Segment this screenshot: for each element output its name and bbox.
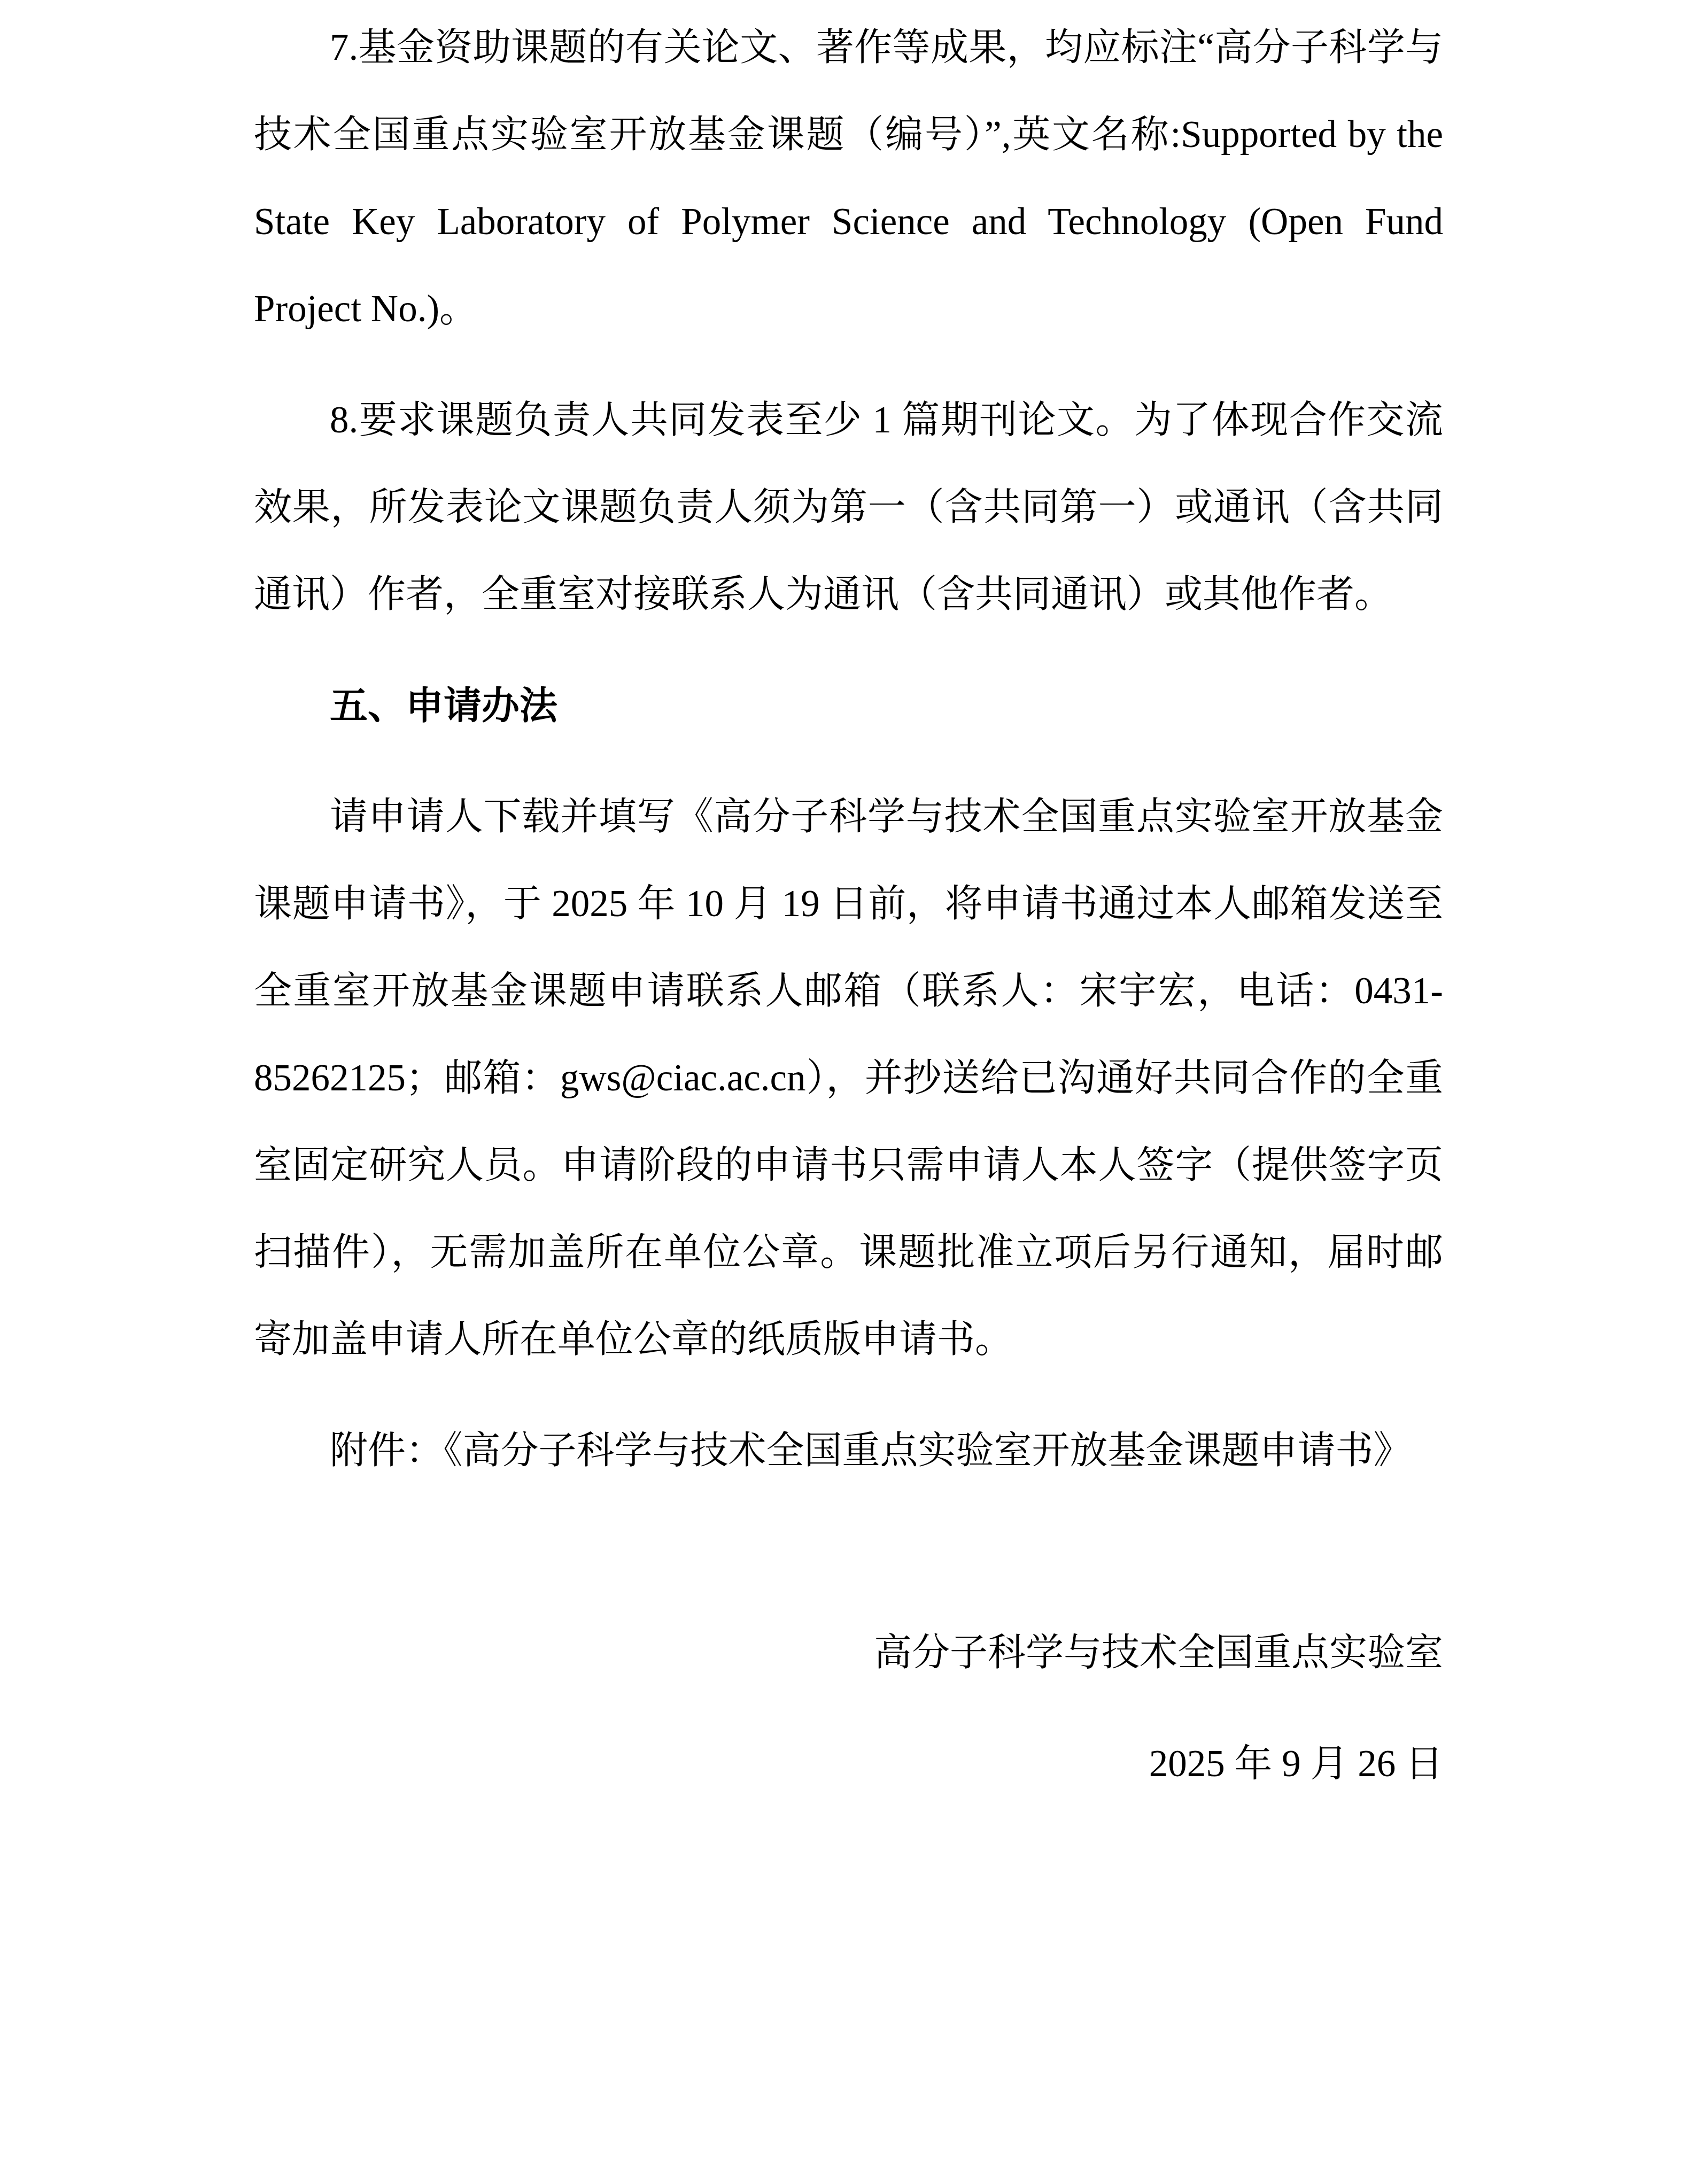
signature-date: 2025 年 9 月 26 日: [254, 1721, 1443, 1808]
attachment-line: 附件：《高分子科学与技术全国重点实验室开放基金课题申请书》: [254, 1407, 1443, 1494]
paragraph-application-procedure: 请申请人下载并填写《高分子科学与技术全国重点实验室开放基金课题申请书》，于 20…: [254, 773, 1443, 1383]
section-heading-application-method: 五、申请办法: [254, 662, 1443, 749]
document-page: 7.基金资助课题的有关论文、著作等成果，均应标注“高分子科学与技术全国重点实验室…: [0, 0, 1697, 2184]
paragraph-8-publication-requirement: 8.要求课题负责人共同发表至少 1 篇期刊论文。为了体现合作交流效果，所发表论文…: [254, 377, 1443, 638]
signature-organization: 高分子科学与技术全国重点实验室: [254, 1609, 1443, 1697]
paragraph-7-fund-attribution: 7.基金资助课题的有关论文、著作等成果，均应标注“高分子科学与技术全国重点实验室…: [254, 4, 1443, 353]
